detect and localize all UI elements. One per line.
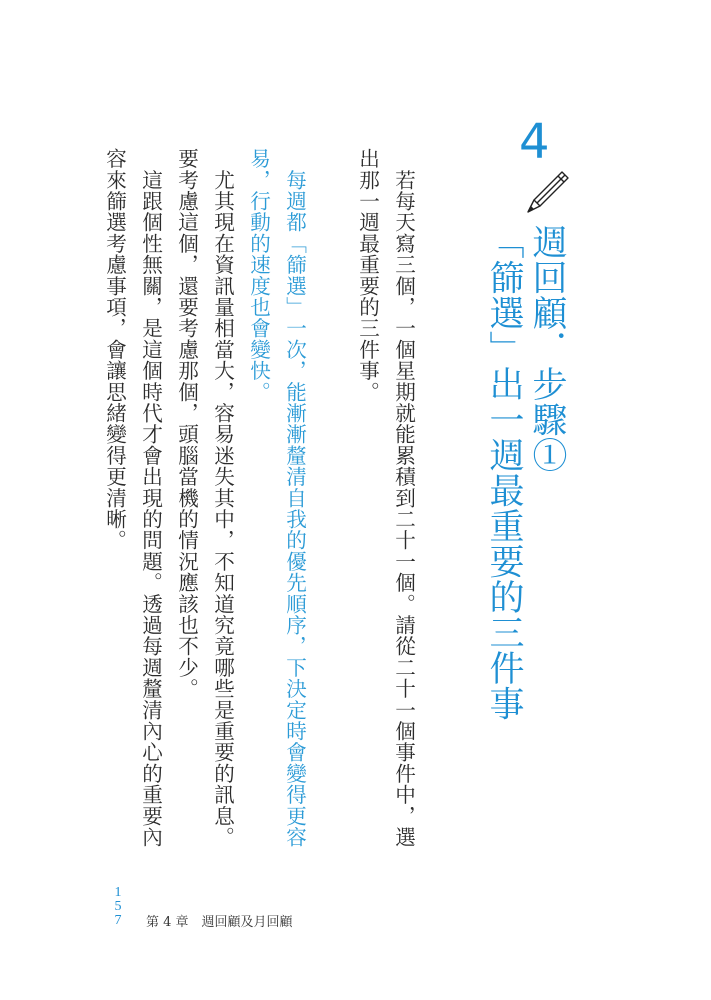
highlight-line-1: 每週都「篩選」一次，能漸漸釐清自我的優先順序，下決定時會變得更容 [284,148,305,848]
chapter-number: 4 [519,118,550,166]
page-number-digit: 1 [113,886,123,900]
paragraph-3-line-2: 要考慮這個，還要考慮那個，頭腦當機的情況應該也不少。 [176,148,197,699]
highlight-line-2: 易，行動的速度也會變快。 [248,148,269,402]
title-line-2: 「篩選」出一週最重要的三件事 [486,224,521,721]
paragraph-1-line-2: 出那一週最重要的三件事。 [357,148,378,402]
paragraph-4-line-1: 這跟個性無關，是這個時代才會出現的問題。透過每週釐清內心的重要內 [140,148,161,848]
running-head: 第 4 章 週回顧及月回顧 [146,911,293,930]
paragraph-1-line-1: 若每天寫三個，一個星期就能累積到二十一個。請從二十一個事件中，選 [393,148,414,848]
title-line-1: 週回顧．步驟① [529,224,564,473]
page-number: 1 5 7 [113,886,123,928]
page-number-digit: 5 [113,900,123,914]
pencil-icon [524,168,572,216]
page-number-digit: 7 [113,914,123,928]
paragraph-4-line-2: 容來篩選考慮事項，會讓思緒變得更清晰。 [104,148,125,551]
paragraph-3-line-1: 尤其現在資訊量相當大，容易迷失其中，不知道究竟哪些是重要的訊息。 [212,148,233,848]
